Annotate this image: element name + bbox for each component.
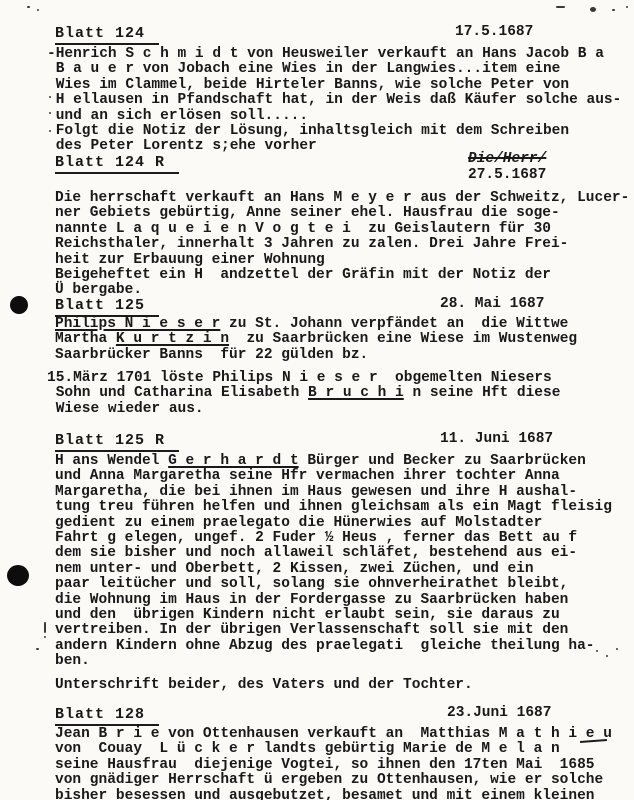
- scan-speck: [612, 9, 615, 11]
- section-heading: Blatt 124: [55, 25, 159, 45]
- section-date: 27.5.1687: [468, 167, 546, 183]
- scan-speck: [37, 9, 39, 11]
- section-date: 17.5.1687: [455, 24, 533, 40]
- section-date: 11. Juni 1687: [440, 431, 553, 447]
- scan-speck: [49, 96, 51, 98]
- punch-hole-dot: [10, 296, 28, 314]
- section-heading: Blatt 125: [55, 297, 159, 317]
- scan-speck: [626, 6, 628, 8]
- section-heading: Blatt 125 R: [55, 432, 179, 452]
- scan-speck: [44, 636, 46, 638]
- scan-speck: [596, 650, 598, 652]
- section-blatt-125: Blatt 125 28. Mai 1687 Philips N i e s e…: [55, 296, 630, 363]
- scan-speck: [556, 6, 565, 8]
- section-body-text: -Henrich S c h m i d t von Heusweiler ve…: [47, 47, 630, 155]
- section-blatt-125r: Blatt 125 R 11. Juni 1687 H ans Wendel G…: [55, 431, 630, 670]
- section-heading: Blatt 124 R: [55, 154, 179, 174]
- scan-speck: [27, 6, 30, 8]
- document-page: Blatt 124 17.5.1687 -Henrich S c h m i d…: [0, 0, 634, 800]
- section-body-text: 15.März 1701 löste Philips N i e s e r o…: [47, 371, 630, 417]
- section-body-text: H ans Wendel G e r h a r d t Bürger und …: [55, 454, 630, 670]
- section-body-text: Die herrschaft verkauft an Hans M e y e …: [55, 191, 630, 299]
- struck-out-note: Die/Herr/: [468, 151, 546, 167]
- section-date: 23.Juni 1687: [447, 705, 551, 721]
- scan-speck: [44, 622, 46, 633]
- section-signature-note: Unterschrift beider, des Vaters und der …: [55, 678, 630, 693]
- punch-hole-dot: [7, 565, 29, 586]
- scan-speck: [49, 130, 51, 132]
- section-heading-row: Blatt 125 R 11. Juni 1687: [55, 431, 630, 450]
- scan-speck: [606, 655, 608, 657]
- section-body-text: Philips N i e s e r zu St. Johann verpfä…: [55, 317, 630, 363]
- section-heading-row: Blatt 124 17.5.1687: [55, 24, 630, 43]
- section-blatt-128: Blatt 128 23.Juni 1687 Jean B r i e von …: [55, 705, 630, 800]
- scan-speck: [49, 112, 51, 114]
- section-date: 28. Mai 1687: [440, 296, 544, 312]
- scan-speck: [36, 648, 39, 650]
- section-blatt-124r: Blatt 124 R Die/Herr/ 27.5.1687 Die herr…: [55, 153, 630, 299]
- section-heading-row: Blatt 125 28. Mai 1687: [55, 296, 630, 315]
- scan-speck: [590, 7, 596, 12]
- scan-speck: [616, 648, 618, 650]
- section-heading: Blatt 128: [55, 706, 159, 726]
- section-heading-row: Blatt 124 R Die/Herr/ 27.5.1687: [55, 153, 630, 172]
- section-blatt-124: Blatt 124 17.5.1687 -Henrich S c h m i d…: [55, 24, 630, 155]
- section-body-text: Unterschrift beider, des Vaters und der …: [55, 678, 630, 693]
- section-date-block: Die/Herr/ 27.5.1687: [468, 151, 546, 183]
- section-heading-row: Blatt 128 23.Juni 1687: [55, 705, 630, 724]
- section-blatt-125-addendum: 15.März 1701 löste Philips N i e s e r o…: [55, 371, 630, 417]
- section-body-text: Jean B r i e von Ottenhausen verkauft an…: [55, 727, 630, 800]
